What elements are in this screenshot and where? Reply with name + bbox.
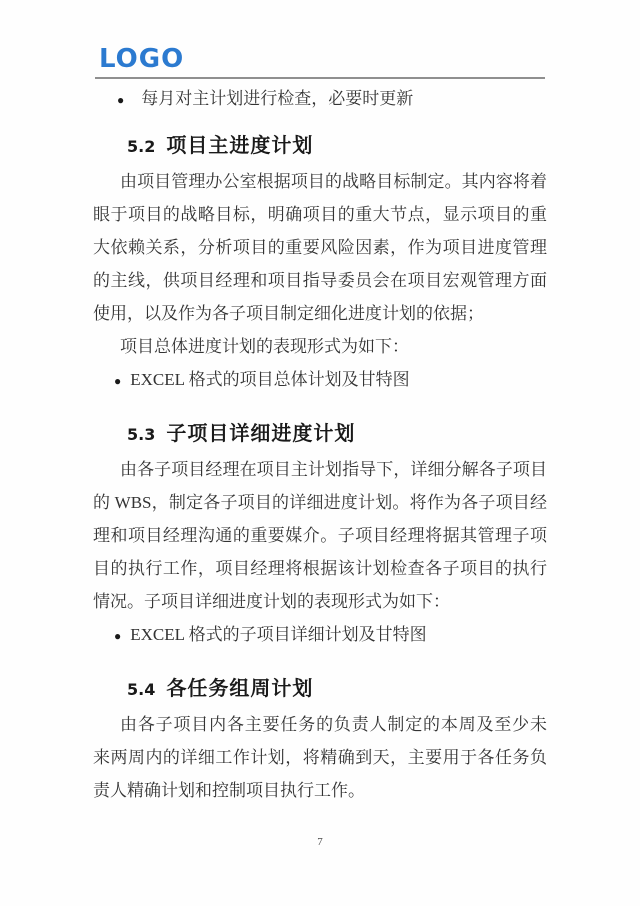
paragraph-line: 大依赖关系，分析项目的重要风险因素，作为项目进度管理 — [93, 231, 547, 264]
paragraph-line: 的 WBS，制定各子项目的详细进度计划。将作为各子项目经 — [93, 486, 547, 519]
section-heading-5-3: 5.3 子项目详细进度计划 — [93, 420, 547, 448]
section-number: 5.3 — [127, 421, 155, 448]
paragraph-line: 由各子项目内各主要任务的负责人制定的本周及至少未 — [93, 708, 547, 741]
paragraph-line: 由项目管理办公室根据项目的战略目标制定。其内容将着 — [93, 165, 547, 198]
header-divider — [95, 77, 545, 79]
document-page: LOGO ● 每月对主计划进行检查，必要时更新 5.2 项目主进度计划 由项目管… — [0, 0, 640, 906]
paragraph: 由项目管理办公室根据项目的战略目标制定。其内容将着 眼于项目的战略目标，明确项目… — [93, 165, 547, 330]
paragraph: 由各子项目内各主要任务的负责人制定的本周及至少未 来两周内的详细工作计划，将精确… — [93, 708, 547, 807]
section-number: 5.2 — [127, 133, 155, 160]
list-item-text: EXCEL 格式的子项目详细计划及甘特图 — [130, 618, 426, 651]
list-item: ● 每月对主计划进行检查，必要时更新 — [93, 87, 547, 112]
paragraph-line: 的主线，供项目经理和项目指导委员会在项目宏观管理方面 — [93, 264, 547, 297]
page-number: 7 — [0, 836, 640, 848]
section-heading-5-2: 5.2 项目主进度计划 — [93, 132, 547, 160]
bullet-icon: ● — [114, 365, 121, 398]
company-logo: LOGO — [99, 45, 184, 73]
section-title: 项目主进度计划 — [166, 132, 313, 159]
paragraph-line: 责人精确计划和控制项目执行工作。 — [93, 774, 547, 807]
paragraph-line: 项目总体进度计划的表现形式为如下： — [93, 330, 547, 363]
list-item: ● EXCEL 格式的子项目详细计划及甘特图 — [93, 618, 547, 653]
bullet-icon: ● — [117, 88, 124, 112]
section-number: 5.4 — [127, 676, 155, 703]
document-body: ● 每月对主计划进行检查，必要时更新 5.2 项目主进度计划 由项目管理办公室根… — [93, 84, 547, 807]
section-title: 各任务组周计划 — [166, 675, 313, 702]
paragraph-line: 来两周内的详细工作计划，将精确到天，主要用于各任务负 — [93, 741, 547, 774]
paragraph: 由各子项目经理在项目主计划指导下，详细分解各子项目 的 WBS，制定各子项目的详… — [93, 453, 547, 618]
paragraph-line: 情况。子项目详细进度计划的表现形式为如下： — [93, 585, 547, 618]
paragraph-line: 目的执行工作，项目经理将根据该计划检查各子项目的执行 — [93, 552, 547, 585]
list-item-text: EXCEL 格式的项目总体计划及甘特图 — [130, 363, 409, 396]
section-title: 子项目详细进度计划 — [166, 420, 355, 447]
paragraph-line: 眼于项目的战略目标，明确项目的重大节点，显示项目的重 — [93, 198, 547, 231]
section-heading-5-4: 5.4 各任务组周计划 — [93, 675, 547, 703]
paragraph-line: 由各子项目经理在项目主计划指导下，详细分解各子项目 — [93, 453, 547, 486]
paragraph-line: 理和项目经理沟通的重要媒介。子项目经理将据其管理子项 — [93, 519, 547, 552]
bullet-icon: ● — [114, 620, 121, 653]
list-item: ● EXCEL 格式的项目总体计划及甘特图 — [93, 363, 547, 398]
paragraph-line: 使用，以及作为各子项目制定细化进度计划的依据； — [93, 297, 547, 330]
list-item-text: 每月对主计划进行检查，必要时更新 — [141, 87, 413, 111]
